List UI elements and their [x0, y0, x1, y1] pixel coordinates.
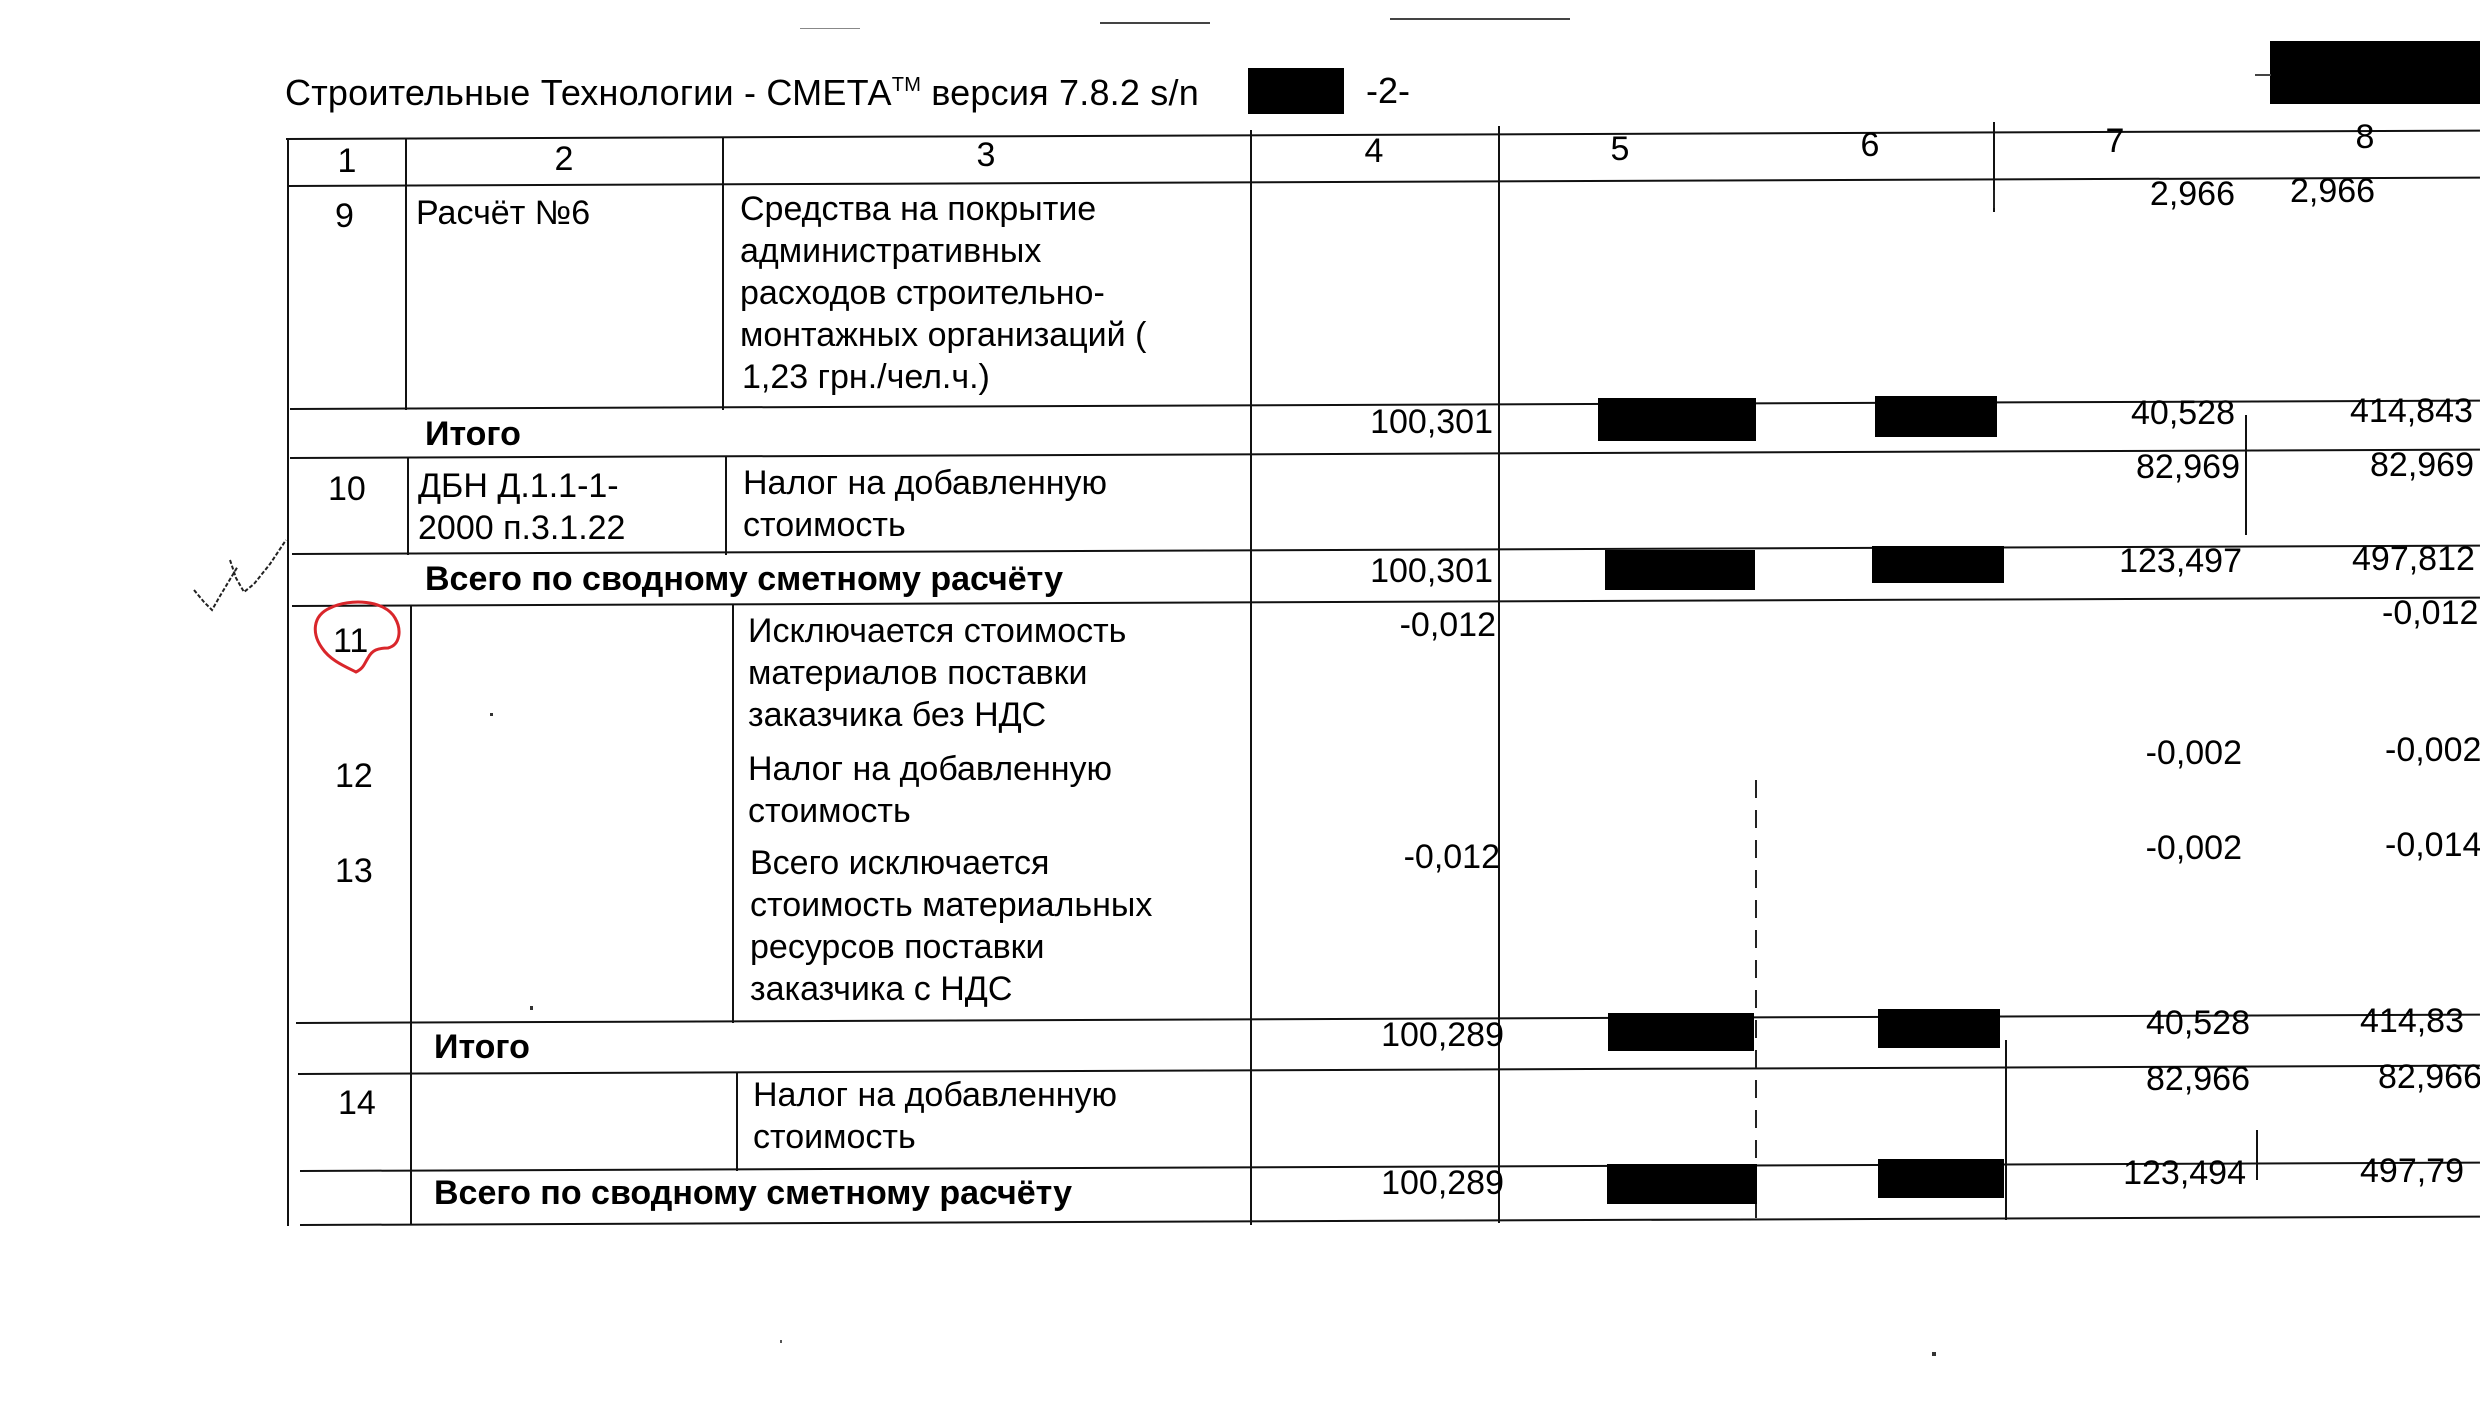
cell-col8: -0,014 [2385, 824, 2480, 866]
column-header-2: 2 [405, 138, 723, 180]
cell-col8: 414,843 [2350, 390, 2473, 432]
col-border-2-3 [736, 1073, 738, 1171]
column-header-5: 5 [1580, 128, 1660, 170]
cell-col7: 123,497 [2020, 540, 2242, 582]
col-border-1-2 [407, 457, 409, 555]
cell-col4: 100,301 [1280, 550, 1493, 592]
trademark-symbol: TM [892, 74, 921, 96]
cell-col8: 497,79 [2360, 1150, 2464, 1192]
row-basis: Расчёт №6 [416, 192, 590, 234]
scan-speck [1932, 1352, 1936, 1356]
redaction-col6 [1875, 396, 1997, 437]
redaction-col6 [1878, 1159, 2004, 1198]
total-label: Всего по сводному сметному расчёту [434, 1172, 1072, 1214]
cell-col7: 82,969 [2030, 446, 2240, 488]
redaction-col5 [1598, 398, 1756, 441]
redaction-col5 [1608, 1013, 1754, 1051]
subtotal-label: Итого [434, 1026, 530, 1068]
col-border-6-7 [2005, 1040, 2007, 1220]
row-number: 13 [335, 850, 373, 892]
cell-col7: -0,002 [2030, 827, 2242, 869]
column-header-3: 3 [722, 134, 1250, 176]
row-basis-line: 2000 п.3.1.22 [418, 507, 625, 549]
row-number: 12 [335, 755, 373, 797]
redaction-col5 [1607, 1164, 1757, 1204]
col-border-7-8 [2256, 1130, 2258, 1180]
column-header-8: 8 [2325, 116, 2405, 158]
row-name-line: Налог на добавленную [743, 462, 1107, 504]
col-border-2-3 [732, 605, 734, 1023]
col-border-2-3 [725, 457, 727, 555]
scan-artifact [1390, 18, 1570, 20]
cell-col7: 123,494 [2020, 1152, 2246, 1194]
row-name-line: Налог на добавленную [748, 748, 1112, 790]
subtotal-label: Итого [425, 413, 521, 455]
scan-artifact [800, 28, 860, 29]
col-border-5-6 [1755, 780, 1757, 1220]
col-border-left [287, 138, 289, 1226]
redaction-col6 [1878, 1009, 2000, 1048]
row-name-line: Исключается стоимость [748, 610, 1126, 652]
column-header-7: 7 [2075, 120, 2155, 162]
row-name-line: заказчика с НДС [750, 968, 1012, 1010]
row-number: 10 [328, 468, 366, 510]
cell-col4: -0,012 [1300, 836, 1500, 878]
cell-col7: 40,528 [2030, 392, 2235, 434]
col-border-4-5 [1498, 126, 1500, 1223]
serial-redaction [1248, 68, 1344, 114]
scan-artifact [2255, 74, 2271, 76]
handwritten-check-icon [190, 530, 300, 630]
row-number: 14 [338, 1082, 376, 1124]
scan-artifact [1100, 22, 1210, 24]
title-prefix: Строительные Технологии - СМЕТА [285, 72, 892, 113]
cell-col7: 40,528 [2040, 1002, 2250, 1044]
cell-col8: -0,012 [2382, 592, 2478, 634]
redaction-col5 [1605, 550, 1755, 590]
row-name-line: стоимость материальных [750, 884, 1152, 926]
row-name-line: стоимость [753, 1116, 916, 1158]
col-border-7-8 [2245, 415, 2247, 535]
cell-col7: 2,966 [2040, 173, 2235, 215]
column-header-6: 6 [1830, 124, 1910, 166]
cell-col8: 82,969 [2370, 444, 2474, 486]
cell-col7: -0,002 [2030, 732, 2242, 774]
row-name-line: ресурсов поставки [750, 926, 1045, 968]
row-name-line: расходов строительно- [740, 272, 1105, 314]
row-name-line: Всего исключается [750, 842, 1049, 884]
row-number: 9 [335, 195, 354, 237]
cell-col8: 2,966 [2290, 170, 2480, 212]
corner-redaction [2270, 41, 2480, 104]
cell-col4: 100,289 [1300, 1014, 1504, 1056]
cell-col8: 497,812 [2352, 538, 2475, 580]
column-header-4: 4 [1250, 130, 1498, 172]
cell-col4: 100,289 [1300, 1162, 1504, 1204]
cell-col7: 82,966 [2040, 1058, 2250, 1100]
title-version: версия 7.8.2 s/n [931, 72, 1199, 113]
row-name-line: административных [740, 230, 1041, 272]
col-border-3-4 [1250, 130, 1252, 1225]
row-name-line: 1,23 грн./чел.ч.) [742, 356, 990, 398]
col-border-1-2 [410, 605, 412, 1225]
cell-col4: 100,301 [1280, 401, 1493, 443]
red-circle-annotation [300, 590, 420, 690]
column-header-1: 1 [288, 140, 406, 182]
row-name-line: стоимость [748, 790, 911, 832]
col-border-6-7 [1993, 190, 1995, 220]
cell-col8: 414,83 [2360, 1000, 2464, 1042]
row-name-line: Средства на покрытие [740, 188, 1096, 230]
row-name-line: Налог на добавленную [753, 1074, 1117, 1116]
scan-speck [530, 1006, 533, 1010]
total-label: Всего по сводному сметному расчёту [425, 558, 1063, 600]
row-basis-line: ДБН Д.1.1-1- [418, 465, 619, 507]
scan-speck [490, 713, 493, 716]
row-name-line: материалов поставки [748, 652, 1087, 694]
page-number: -2- [1366, 70, 1410, 112]
scan-speck [780, 1340, 782, 1343]
document-title: Строительные Технологии - СМЕТАTM версия… [285, 72, 1199, 114]
cell-col4: -0,012 [1300, 604, 1496, 646]
cell-col8: 82,966 [2378, 1056, 2480, 1098]
cell-col8: -0,002 [2385, 729, 2480, 771]
row-name-line: стоимость [743, 504, 906, 546]
row-name-line: заказчика без НДС [748, 694, 1046, 736]
table-border-bottom [300, 1216, 2480, 1226]
redaction-col6 [1872, 546, 2004, 583]
row-name-line: монтажных организаций ( [740, 314, 1146, 356]
